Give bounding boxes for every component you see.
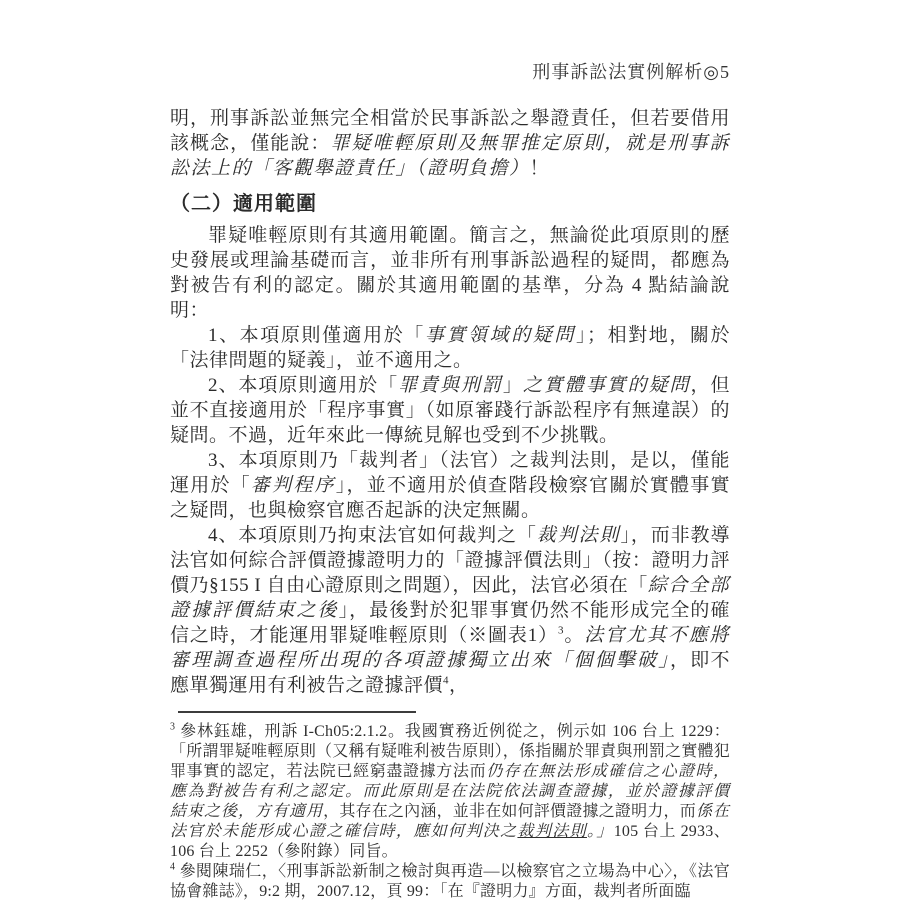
text-segment: 裁判法則: [537, 525, 621, 546]
text-segment: 罪疑唯輕原則有其適用範圍。簡言之，無論從此項原則的歷史發展或理論基礎而言，並非所…: [170, 225, 730, 321]
text-segment: 。: [564, 625, 584, 646]
text-segment: 1、本項原則僅適用於「: [208, 325, 425, 346]
text-segment: 。」: [587, 823, 614, 840]
text-segment: 」: [503, 375, 523, 396]
body-text: 明，刑事訴訟並無完全相當於民事訴訟之舉證責任，但若要借用該概念，僅能說：罪疑唯輕…: [170, 106, 730, 698]
text-segment: 罪責與刑罰: [398, 375, 503, 396]
footnote-separator: [178, 711, 416, 713]
body-paragraph: 明，刑事訴訟並無完全相當於民事訴訟之舉證責任，但若要借用該概念，僅能說：罪疑唯輕…: [170, 106, 730, 181]
text-segment: ，其存在之內涵，並非在如何評價證據之證明力，而: [323, 803, 696, 820]
footnote-marker: 4: [170, 862, 175, 873]
section-heading: （二）適用範圍: [170, 192, 730, 217]
list-item: 1、本項原則僅適用於「事實領域的疑問」；相對地，關於「法律問題的疑義」，並不適用…: [170, 323, 730, 373]
text-segment: （二）適用範圍: [170, 193, 317, 215]
body-paragraph: 罪疑唯輕原則有其適用範圍。簡言之，無論從此項原則的歷史發展或理論基礎而言，並非所…: [170, 223, 730, 323]
text-segment: ！: [530, 158, 550, 179]
list-item: 4、本項原則乃拘束法官如何裁判之「裁判法則」，而非教導法官如何綜合評價證據證明力…: [170, 523, 730, 698]
list-item: 2、本項原則適用於「罪責與刑罰」之實體事實的疑問，但並不直接適用於「程序事實」（…: [170, 373, 730, 448]
text-segment: 4、本項原則乃拘束法官如何裁判之「: [208, 525, 537, 546]
text-segment: 之實體事實的疑問: [523, 375, 691, 396]
footnote-marker: 3: [170, 722, 175, 733]
footnotes: 3 參林鈺雄，刑訴 I-Ch05:2.1.2。我國實務近例從之，例示如 106 …: [170, 722, 730, 900]
text-segment: 裁判法則: [517, 823, 587, 840]
list-item: 3、本項原則乃「裁判者」（法官）之裁判法則，是以，僅能運用於「審判程序」，並不適…: [170, 448, 730, 523]
text-segment: 審判程序: [251, 475, 336, 496]
text-segment: 參閱陳瑞仁，〈刑事訴訟新制之檢討與再造—以檢察官之立場為中心〉，《法官協會雜誌》…: [170, 863, 730, 900]
text-segment: ，: [449, 675, 469, 696]
text-segment: 事實領域的疑問: [425, 325, 576, 346]
footnote: 3 參林鈺雄，刑訴 I-Ch05:2.1.2。我國實務近例從之，例示如 106 …: [170, 722, 730, 862]
footnote: 4 參閱陳瑞仁，〈刑事訴訟新制之檢討與再造—以檢察官之立場為中心〉，《法官協會雜…: [170, 862, 730, 900]
text-segment: 2、本項原則適用於「: [208, 375, 398, 396]
book-page: 刑事訴訟法實例解析◎5 明，刑事訴訟並無完全相當於民事訴訟之舉證責任，但若要借用…: [0, 0, 900, 900]
page-content: 刑事訴訟法實例解析◎5 明，刑事訴訟並無完全相當於民事訴訟之舉證責任，但若要借用…: [170, 0, 730, 900]
running-header: 刑事訴訟法實例解析◎5: [170, 58, 730, 84]
